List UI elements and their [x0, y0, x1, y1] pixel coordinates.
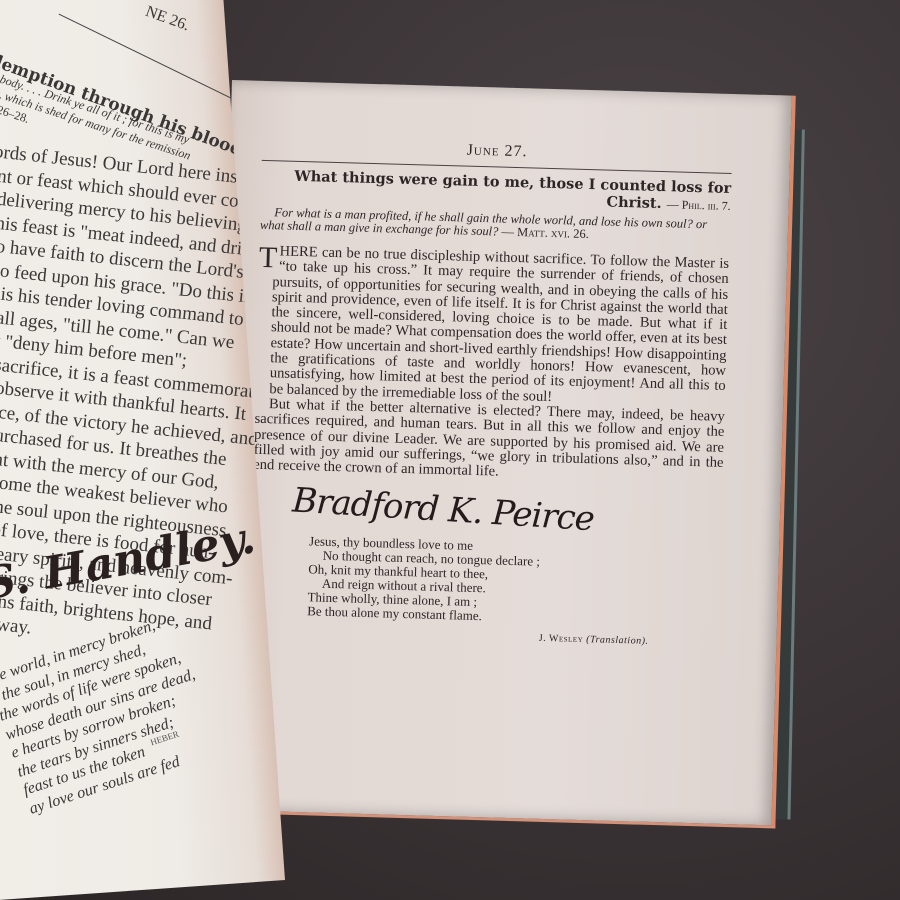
meditation-text: T HERE can be no true discipleship witho… [253, 244, 729, 486]
hymn-author-note: (Translation). [586, 635, 649, 648]
sub-verse-reference: — Matt. xvi. 26. [501, 225, 589, 241]
hymn-author: J. Wesley [539, 633, 584, 645]
paragraph-1: HERE can be no true discipleship without… [269, 243, 729, 404]
page-date: NE 26. [143, 3, 192, 35]
verse-reference: — Phil. iii. 7. [667, 197, 731, 213]
hymn-verse: Jesus, thy boundless love to me No thoug… [307, 535, 721, 630]
drop-cap: T [259, 246, 278, 271]
paragraph-2: But what if the better alternative is el… [253, 397, 725, 487]
left-page-content: NE 26. Redemption through his blood. — E… [0, 1, 239, 22]
right-page: June 27. What things were gain to me, th… [212, 80, 796, 828]
right-page-content: June 27. What things were gain to me, th… [248, 136, 732, 649]
hymn-attribution: J. Wesley (Translation). [248, 625, 648, 647]
hymn-verse: the world, in mercy broken, f the soul, … [0, 609, 222, 819]
